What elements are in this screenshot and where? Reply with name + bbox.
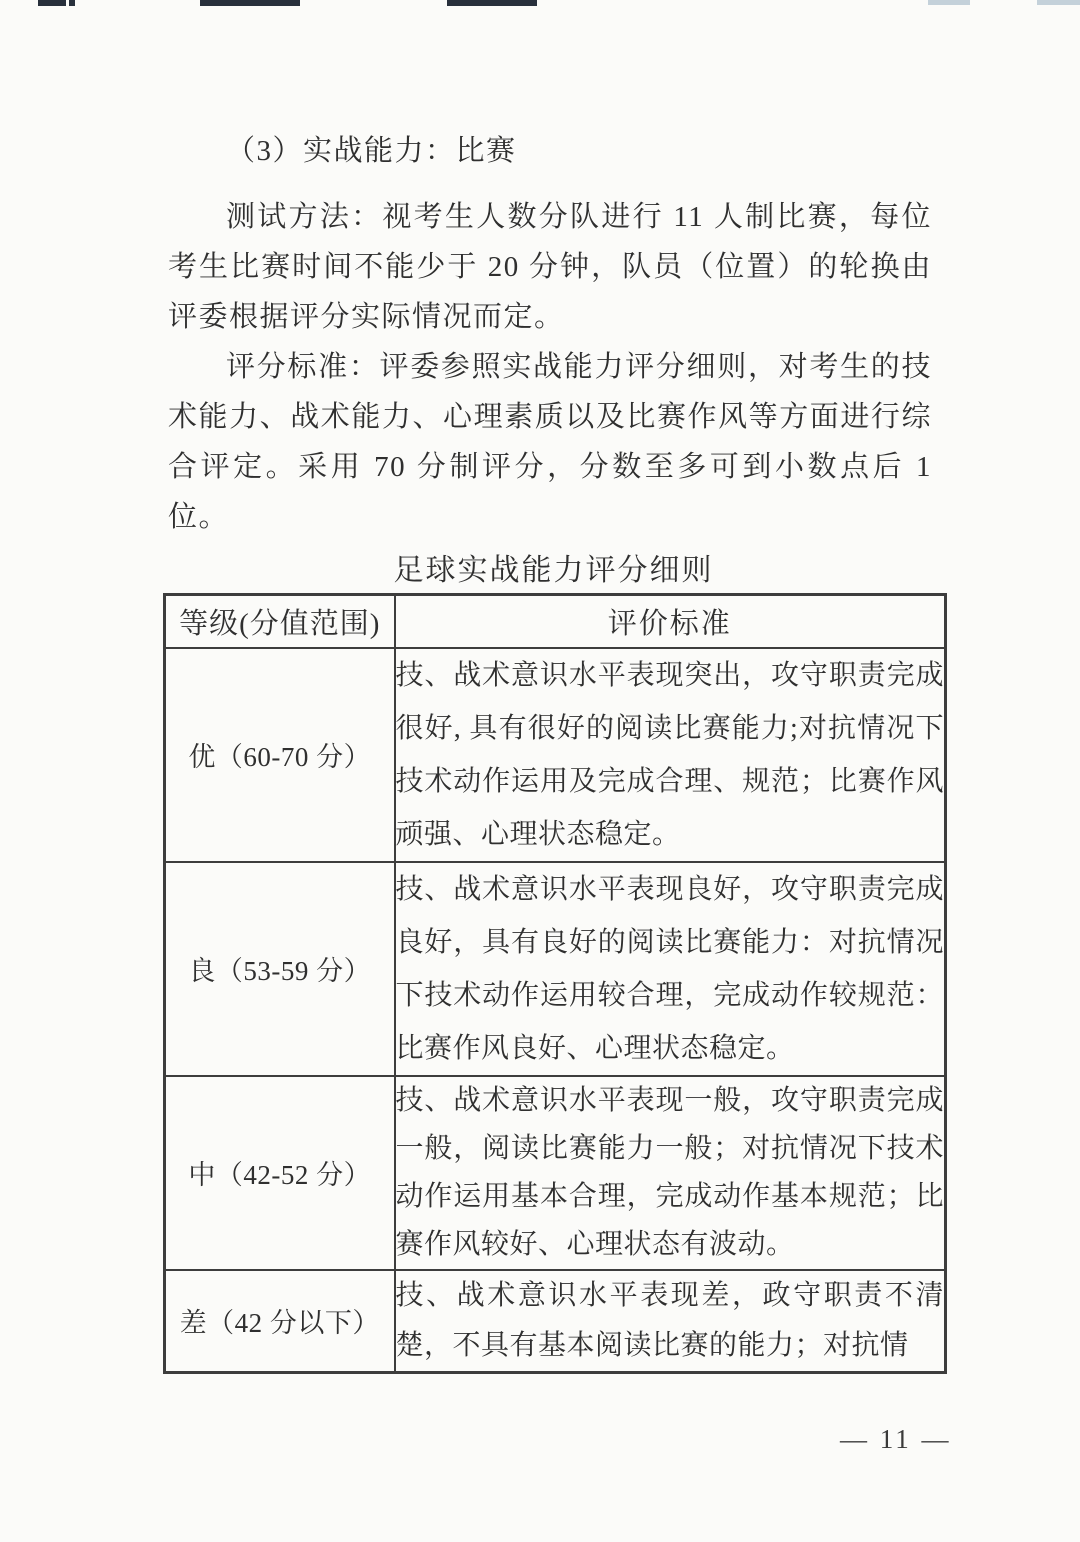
scan-artifact-bar — [69, 0, 75, 6]
criteria-cell: 技、战术意识水平表现一般，攻守职责完成一般，阅读比赛能力一般；对抗情况下技术动作… — [395, 1076, 946, 1270]
criteria-cell: 技、战术意识水平表现突出，攻守职责完成很好, 具有很好的阅读比赛能力;对抗情况下… — [395, 648, 946, 862]
scoring-table: 等级(分值范围) 评价标准 优（60-70 分） 技、战术意识水平表现突出，攻守… — [163, 593, 947, 1374]
table-header-row: 等级(分值范围) 评价标准 — [165, 595, 946, 648]
grade-cell: 优（60-70 分） — [165, 648, 395, 862]
document-page: （3）实战能力：比赛 测试方法：视考生人数分队进行 11 人制比赛，每位考生比赛… — [0, 0, 1080, 1542]
grade-cell: 中（42-52 分） — [165, 1076, 395, 1270]
body-text: （3）实战能力：比赛 测试方法：视考生人数分队进行 11 人制比赛，每位考生比赛… — [168, 126, 932, 542]
table-row: 中（42-52 分） 技、战术意识水平表现一般，攻守职责完成一般，阅读比赛能力一… — [165, 1076, 946, 1270]
scan-artifact-bar — [1037, 0, 1080, 5]
grade-cell: 良（53-59 分） — [165, 862, 395, 1076]
scan-artifact-bar — [447, 0, 537, 6]
scan-artifact-bar — [200, 0, 300, 6]
table-row: 良（53-59 分） 技、战术意识水平表现良好，攻守职责完成良好，具有良好的阅读… — [165, 862, 946, 1076]
criteria-column-header: 评价标准 — [395, 595, 946, 648]
grade-column-header: 等级(分值范围) — [165, 595, 395, 648]
section-heading: （3）实战能力：比赛 — [168, 126, 932, 176]
table-row: 差（42 分以下） 技、战术意识水平表现差，政守职责不清楚，不具有基本阅读比赛的… — [165, 1270, 946, 1373]
table-row: 优（60-70 分） 技、战术意识水平表现突出，攻守职责完成很好, 具有很好的阅… — [165, 648, 946, 862]
criteria-cell: 技、战术意识水平表现差，政守职责不清楚，不具有基本阅读比赛的能力；对抗情 — [395, 1270, 946, 1373]
criteria-cell: 技、战术意识水平表现良好，攻守职责完成良好，具有良好的阅读比赛能力：对抗情况下技… — [395, 862, 946, 1076]
grade-cell: 差（42 分以下） — [165, 1270, 395, 1373]
table-title: 足球实战能力评分细则 — [163, 545, 944, 589]
scan-artifact-bar — [38, 0, 66, 6]
page-number: — 11 — — [840, 1424, 952, 1455]
paragraph-test-method: 测试方法：视考生人数分队进行 11 人制比赛，每位考生比赛时间不能少于 20 分… — [168, 192, 932, 342]
scan-artifact-bar — [928, 0, 970, 5]
paragraph-scoring-standard: 评分标准：评委参照实战能力评分细则，对考生的技术能力、战术能力、心理素质以及比赛… — [168, 342, 932, 542]
